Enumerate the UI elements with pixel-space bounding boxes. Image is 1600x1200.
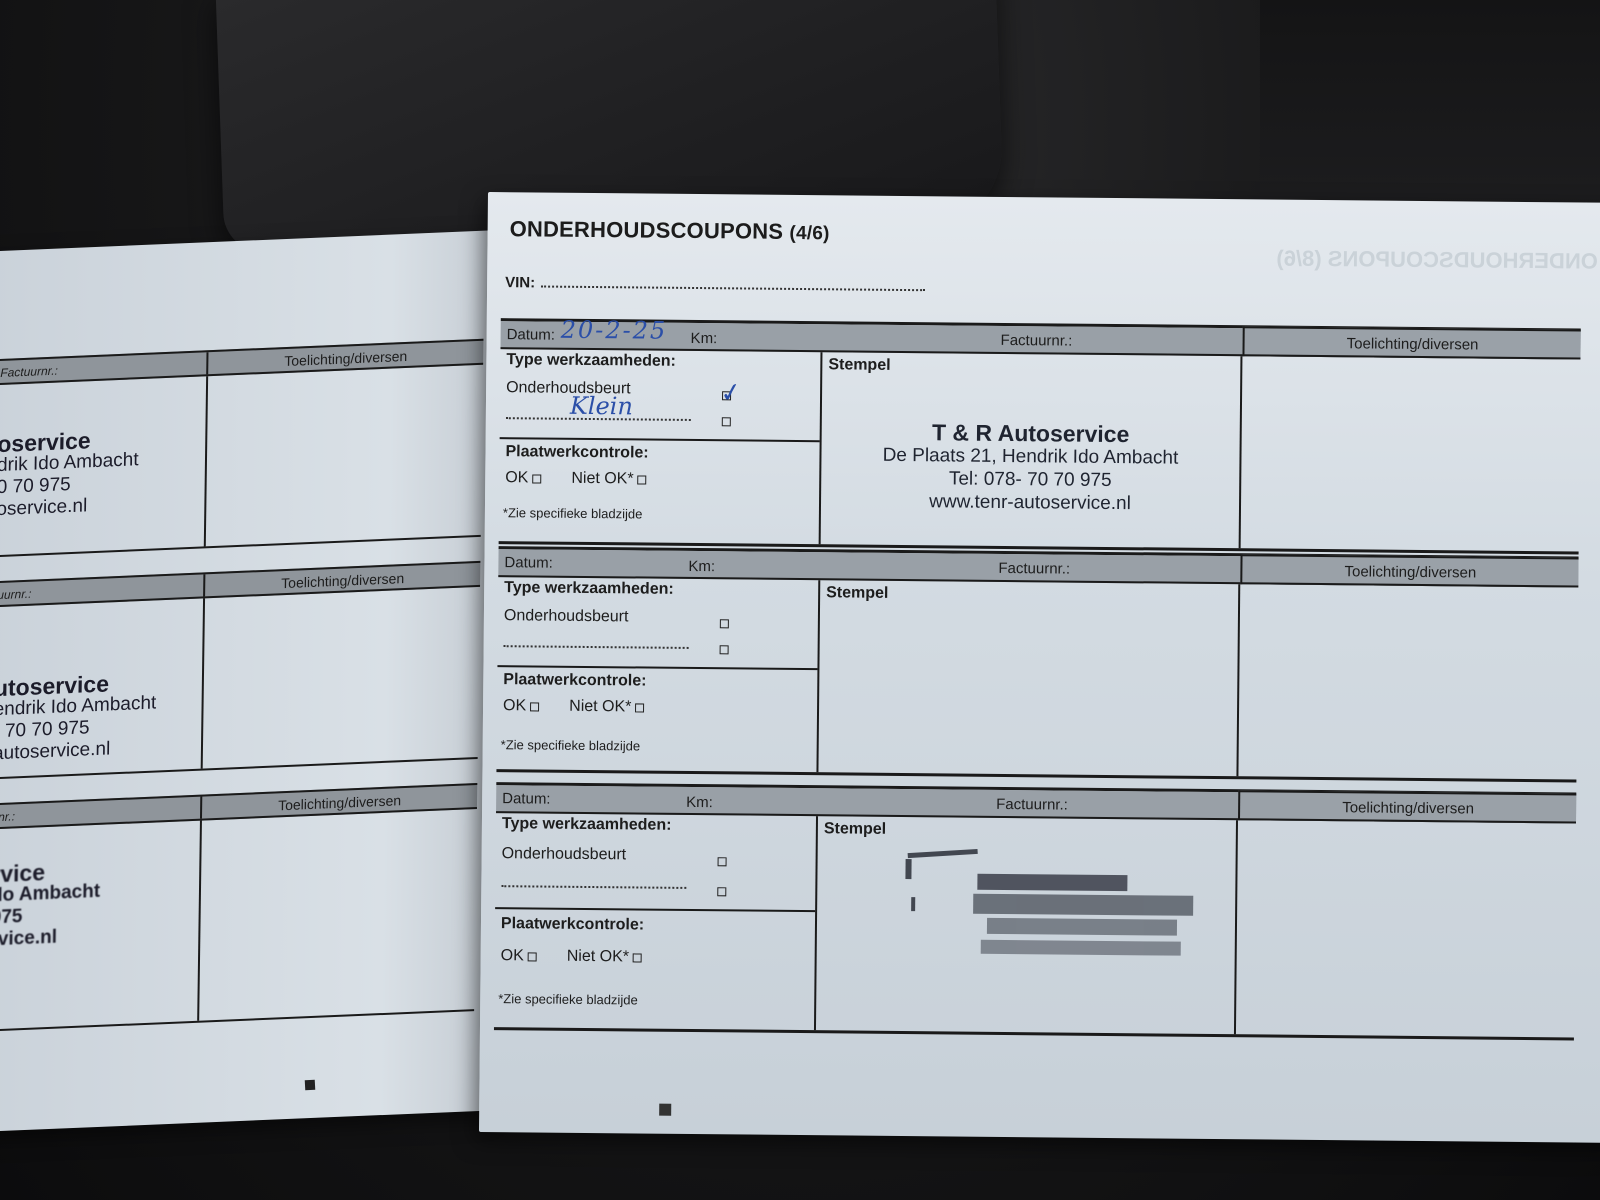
datum-label: Datum: — [502, 790, 551, 807]
factuurnr-label: Factuurnr.: — [998, 560, 1070, 578]
extra-dotted-line — [501, 885, 686, 889]
right-page: ONDERHOUDSCOUPONS (8/6) ONDERHOUDSCOUPON… — [479, 192, 1600, 1143]
ok-checkbox[interactable] — [528, 952, 537, 961]
plaatwerkcontrole-heading: Plaatwerkcontrole: — [501, 915, 644, 934]
vin-field[interactable]: VIN: — [505, 274, 925, 295]
page-tab-mark — [659, 1104, 671, 1116]
datum-label: Datum: — [504, 554, 553, 571]
extra-checkbox[interactable] — [720, 645, 729, 654]
toelichting-field — [203, 587, 480, 769]
footnote: *Zie specifieke bladzijde — [503, 505, 643, 521]
footnote: *Zie specifieke bladzijde — [501, 737, 641, 753]
stempel-label: Stempel — [824, 820, 886, 839]
stamp: oservice drik Ido Ambacht 0 70 975 oserv… — [0, 427, 139, 521]
stamp: utoservice endrik Ido Ambacht - 70 70 97… — [0, 670, 157, 765]
toelichting-field[interactable] — [1241, 356, 1581, 551]
ok-checkbox[interactable] — [530, 702, 539, 711]
dealer-stamp: T & R Autoservice De Plaats 21, Hendrik … — [821, 420, 1240, 516]
stempel-label: Stempel — [826, 584, 888, 603]
niet-ok-checkbox[interactable] — [638, 475, 647, 484]
extra-dotted-line — [504, 645, 689, 649]
extra-line-value[interactable]: Klein — [570, 392, 633, 421]
smudged-stamp — [897, 847, 1228, 970]
km-label: Km: — [686, 794, 713, 811]
datum-label: Datum: — [507, 326, 556, 343]
plaatwerk-options: OK Niet OK* — [505, 469, 673, 489]
toelichting-field — [206, 365, 483, 547]
page-title: ONDERHOUDSCOUPONS (4/6) — [510, 216, 830, 245]
plaatwerk-options: OK Niet OK* — [503, 697, 671, 717]
stamp-smudged: rvice do Ambacht 975 rvice.nl — [0, 859, 101, 952]
stempel-label: Stempel — [828, 356, 890, 375]
onderhoudsbeurt-label: Onderhoudsbeurt — [502, 845, 627, 864]
coupon-3: Datum: Km: Factuurnr.: Toelichting/diver… — [494, 782, 1576, 1040]
vin-label: VIN: — [505, 274, 535, 291]
km-label: Km: — [688, 558, 715, 575]
type-werkzaamheden-heading: Type werkzaamheden: — [504, 579, 674, 599]
extra-checkbox[interactable] — [722, 417, 731, 426]
datum-value[interactable]: 20-2-25 — [561, 316, 668, 345]
onderhoudsbeurt-checkbox[interactable] — [720, 619, 729, 628]
coupon-2: Datum: Km: Factuurnr.: Toelichting/diver… — [496, 546, 1578, 782]
vin-dotted-line — [541, 278, 925, 292]
left-coupon-2: uurnr.:Toelichting/diversen utoservice e… — [0, 561, 480, 781]
footnote: *Zie specifieke bladzijde — [498, 991, 638, 1007]
plaatwerk-options: OK Niet OK* — [501, 947, 669, 967]
coupon-1: Datum: 20-2-25 Km: Factuurnr.: Toelichti… — [499, 318, 1581, 554]
page-tab-mark — [305, 1080, 316, 1091]
type-werkzaamheden-heading: Type werkzaamheden: — [506, 351, 676, 371]
left-coupon-3: rnr.:Toelichting/diversen rvice do Ambac… — [0, 783, 477, 1033]
extra-dotted-line — [506, 417, 691, 421]
niet-ok-checkbox[interactable] — [633, 953, 642, 962]
toelichting-header: Toelichting/diversen — [1242, 326, 1580, 359]
plaatwerkcontrole-heading: Plaatwerkcontrole: — [503, 671, 646, 690]
toelichting-header: Toelichting/diversen — [1240, 554, 1578, 587]
ok-checkbox[interactable] — [532, 474, 541, 483]
plaatwerkcontrole-heading: Plaatwerkcontrole: — [505, 443, 648, 462]
onderhoudsbeurt-label: Onderhoudsbeurt — [504, 607, 629, 626]
page-indicator: (4/6) — [789, 223, 829, 244]
left-coupon-1: Factuurnr.:Toelichting/diversen oservice… — [0, 339, 483, 559]
toelichting-field[interactable] — [1238, 584, 1578, 779]
toelichting-field[interactable] — [1236, 820, 1576, 1037]
factuurnr-label: Factuurnr.: — [996, 796, 1068, 814]
onderhoudsbeurt-checkbox[interactable] — [718, 857, 727, 866]
extra-checkbox[interactable] — [717, 887, 726, 896]
left-page: Factuurnr.:Toelichting/diversen oservice… — [0, 230, 500, 1133]
km-label: Km: — [691, 330, 718, 347]
bleedthrough-text: ONDERHOUDSCOUPONS (8/6) — [1276, 246, 1598, 275]
toelichting-field — [199, 809, 477, 1021]
check-mark-icon: ✓ — [718, 376, 745, 410]
niet-ok-checkbox[interactable] — [635, 703, 644, 712]
toelichting-header: Toelichting/diversen — [1238, 790, 1576, 823]
type-werkzaamheden-heading: Type werkzaamheden: — [502, 815, 672, 835]
factuurnr-label: Factuurnr.: — [1001, 332, 1073, 350]
